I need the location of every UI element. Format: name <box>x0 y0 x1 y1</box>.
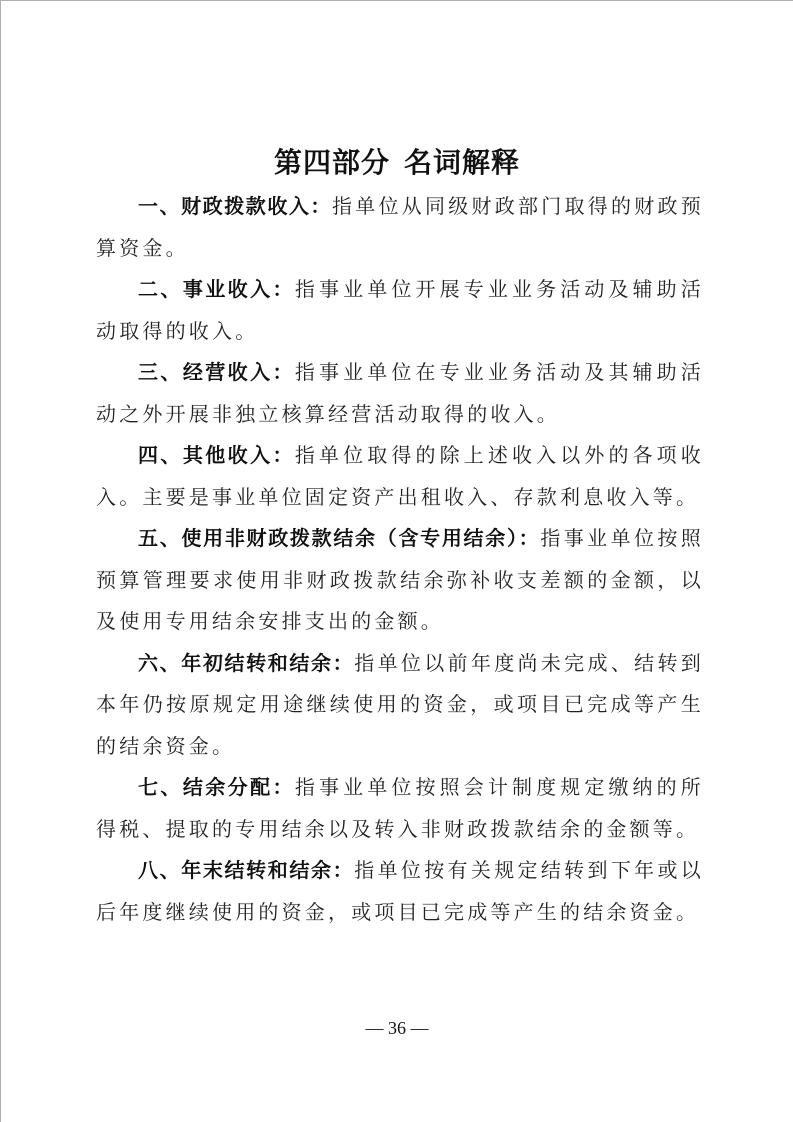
glossary-entry: 七、结余分配：指事业单位按照会计制度规定缴纳的所得税、提取的专用结余以及转入非财… <box>96 767 704 850</box>
glossary-entry: 八、年末结转和结余：指单位按有关规定结转到下年或以后年度继续使用的资金，或项目已… <box>96 850 704 933</box>
glossary-entry: 三、经营收入：指事业单位在专业业务活动及其辅助活动之外开展非独立核算经营活动取得… <box>96 352 704 435</box>
glossary-term: 七、结余分配： <box>138 775 295 799</box>
glossary-entry: 二、事业收入：指事业单位开展专业业务活动及辅助活动取得的收入。 <box>96 269 704 352</box>
document-page: 第四部分名词解释 一、财政拨款收入：指单位从同级财政部门取得的财政预算资金。 二… <box>0 0 793 1122</box>
glossary-term: 四、其他收入： <box>138 443 295 467</box>
glossary-term: 六、年初结转和结余： <box>138 651 354 675</box>
glossary-term: 一、财政拨款收入： <box>138 194 332 218</box>
glossary-entry: 五、使用非财政拨款结余（含专用结余）：指事业单位按照预算管理要求使用非财政拨款结… <box>96 518 704 643</box>
glossary-entry: 一、财政拨款收入：指单位从同级财政部门取得的财政预算资金。 <box>96 186 704 269</box>
glossary-term: 八、年末结转和结余： <box>138 858 354 882</box>
glossary-term: 三、经营收入： <box>138 360 295 384</box>
glossary-entry: 六、年初结转和结余：指单位以前年度尚未完成、结转到本年仍按原规定用途继续使用的资… <box>96 643 704 768</box>
glossary-entry: 四、其他收入：指单位取得的除上述收入以外的各项收入。主要是事业单位固定资产出租收… <box>96 435 704 518</box>
glossary-term: 五、使用非财政拨款结余（含专用结余）： <box>138 526 540 550</box>
glossary-term: 二、事业收入： <box>138 277 295 301</box>
glossary-body: 一、财政拨款收入：指单位从同级财政部门取得的财政预算资金。 二、事业收入：指事业… <box>96 186 704 933</box>
title-part: 第四部分 <box>274 146 390 179</box>
page-title: 第四部分名词解释 <box>1 141 793 181</box>
title-name: 名词解释 <box>404 146 520 179</box>
page-number: — 36 — <box>1 1018 793 1039</box>
